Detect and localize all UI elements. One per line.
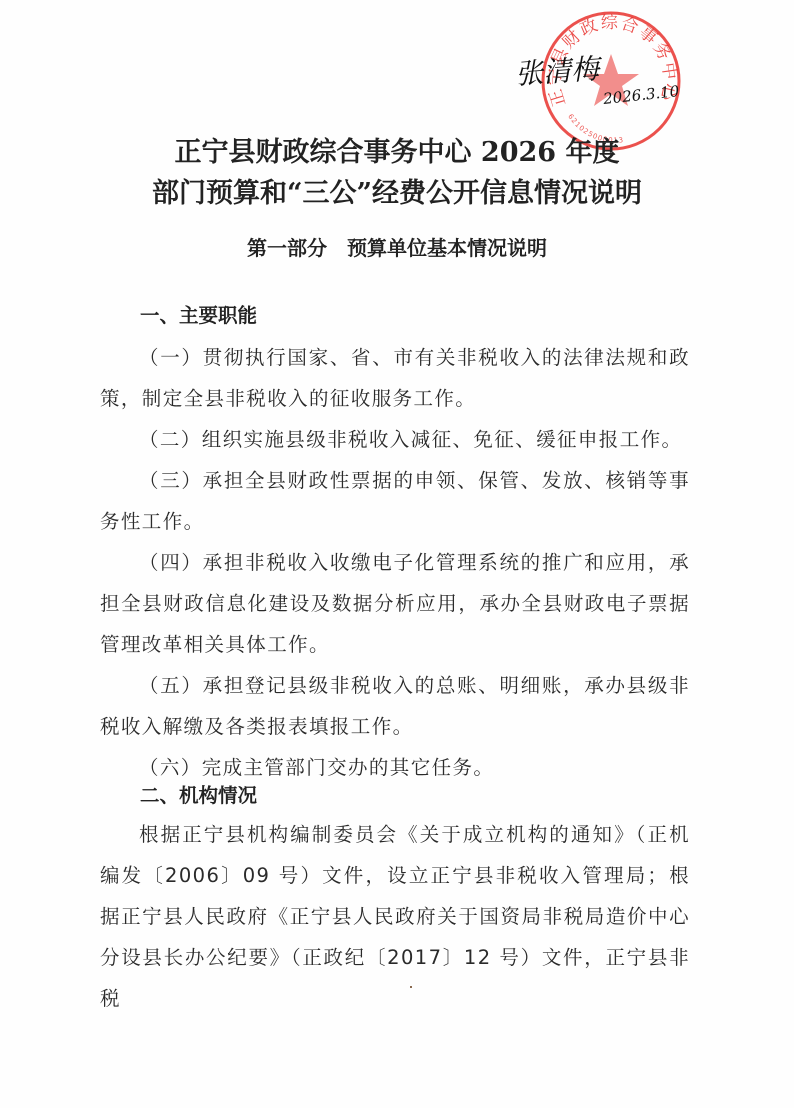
document-page: 正宁县财政综合事务中心 621025000013 张清梅 2026.3.10 正… (0, 0, 794, 1108)
section-body-functions: （一）贯彻执行国家、省、市有关非税收入的法律法规和政策，制定全县非税收入的征收服… (100, 337, 690, 788)
document-title-line2: 部门预算和“三公”经费公开信息情况说明 (0, 171, 794, 210)
paragraph: （四）承担非税收入收缴电子化管理系统的推广和应用，承担全县财政信息化建设及数据分… (100, 542, 690, 665)
paragraph: （二）组织实施县级非税收入减征、免征、缓征申报工作。 (100, 419, 690, 460)
paragraph: （三）承担全县财政性票据的申领、保管、发放、核销等事务性工作。 (100, 460, 690, 542)
section-body-organization: 根据正宁县机构编制委员会《关于成立机构的通知》（正机编发〔2006〕09 号）文… (100, 814, 690, 1019)
scan-speck (410, 986, 412, 988)
paragraph: （一）贯彻执行国家、省、市有关非税收入的法律法规和政策，制定全县非税收入的征收服… (100, 337, 690, 419)
handwritten-signature: 张清梅 (514, 47, 601, 93)
section-heading-organization: 二、机构情况 (140, 780, 257, 808)
document-title-line1: 正宁县财政综合事务中心 2026 年度 (0, 130, 794, 169)
part-subtitle: 第一部分 预算单位基本情况说明 (0, 232, 794, 261)
paragraph: （五）承担登记县级非税收入的总账、明细账，承办县级非税收入解缴及各类报表填报工作… (100, 665, 690, 747)
paragraph: 根据正宁县机构编制委员会《关于成立机构的通知》（正机编发〔2006〕09 号）文… (100, 814, 690, 1019)
section-heading-functions: 一、主要职能 (140, 300, 257, 328)
